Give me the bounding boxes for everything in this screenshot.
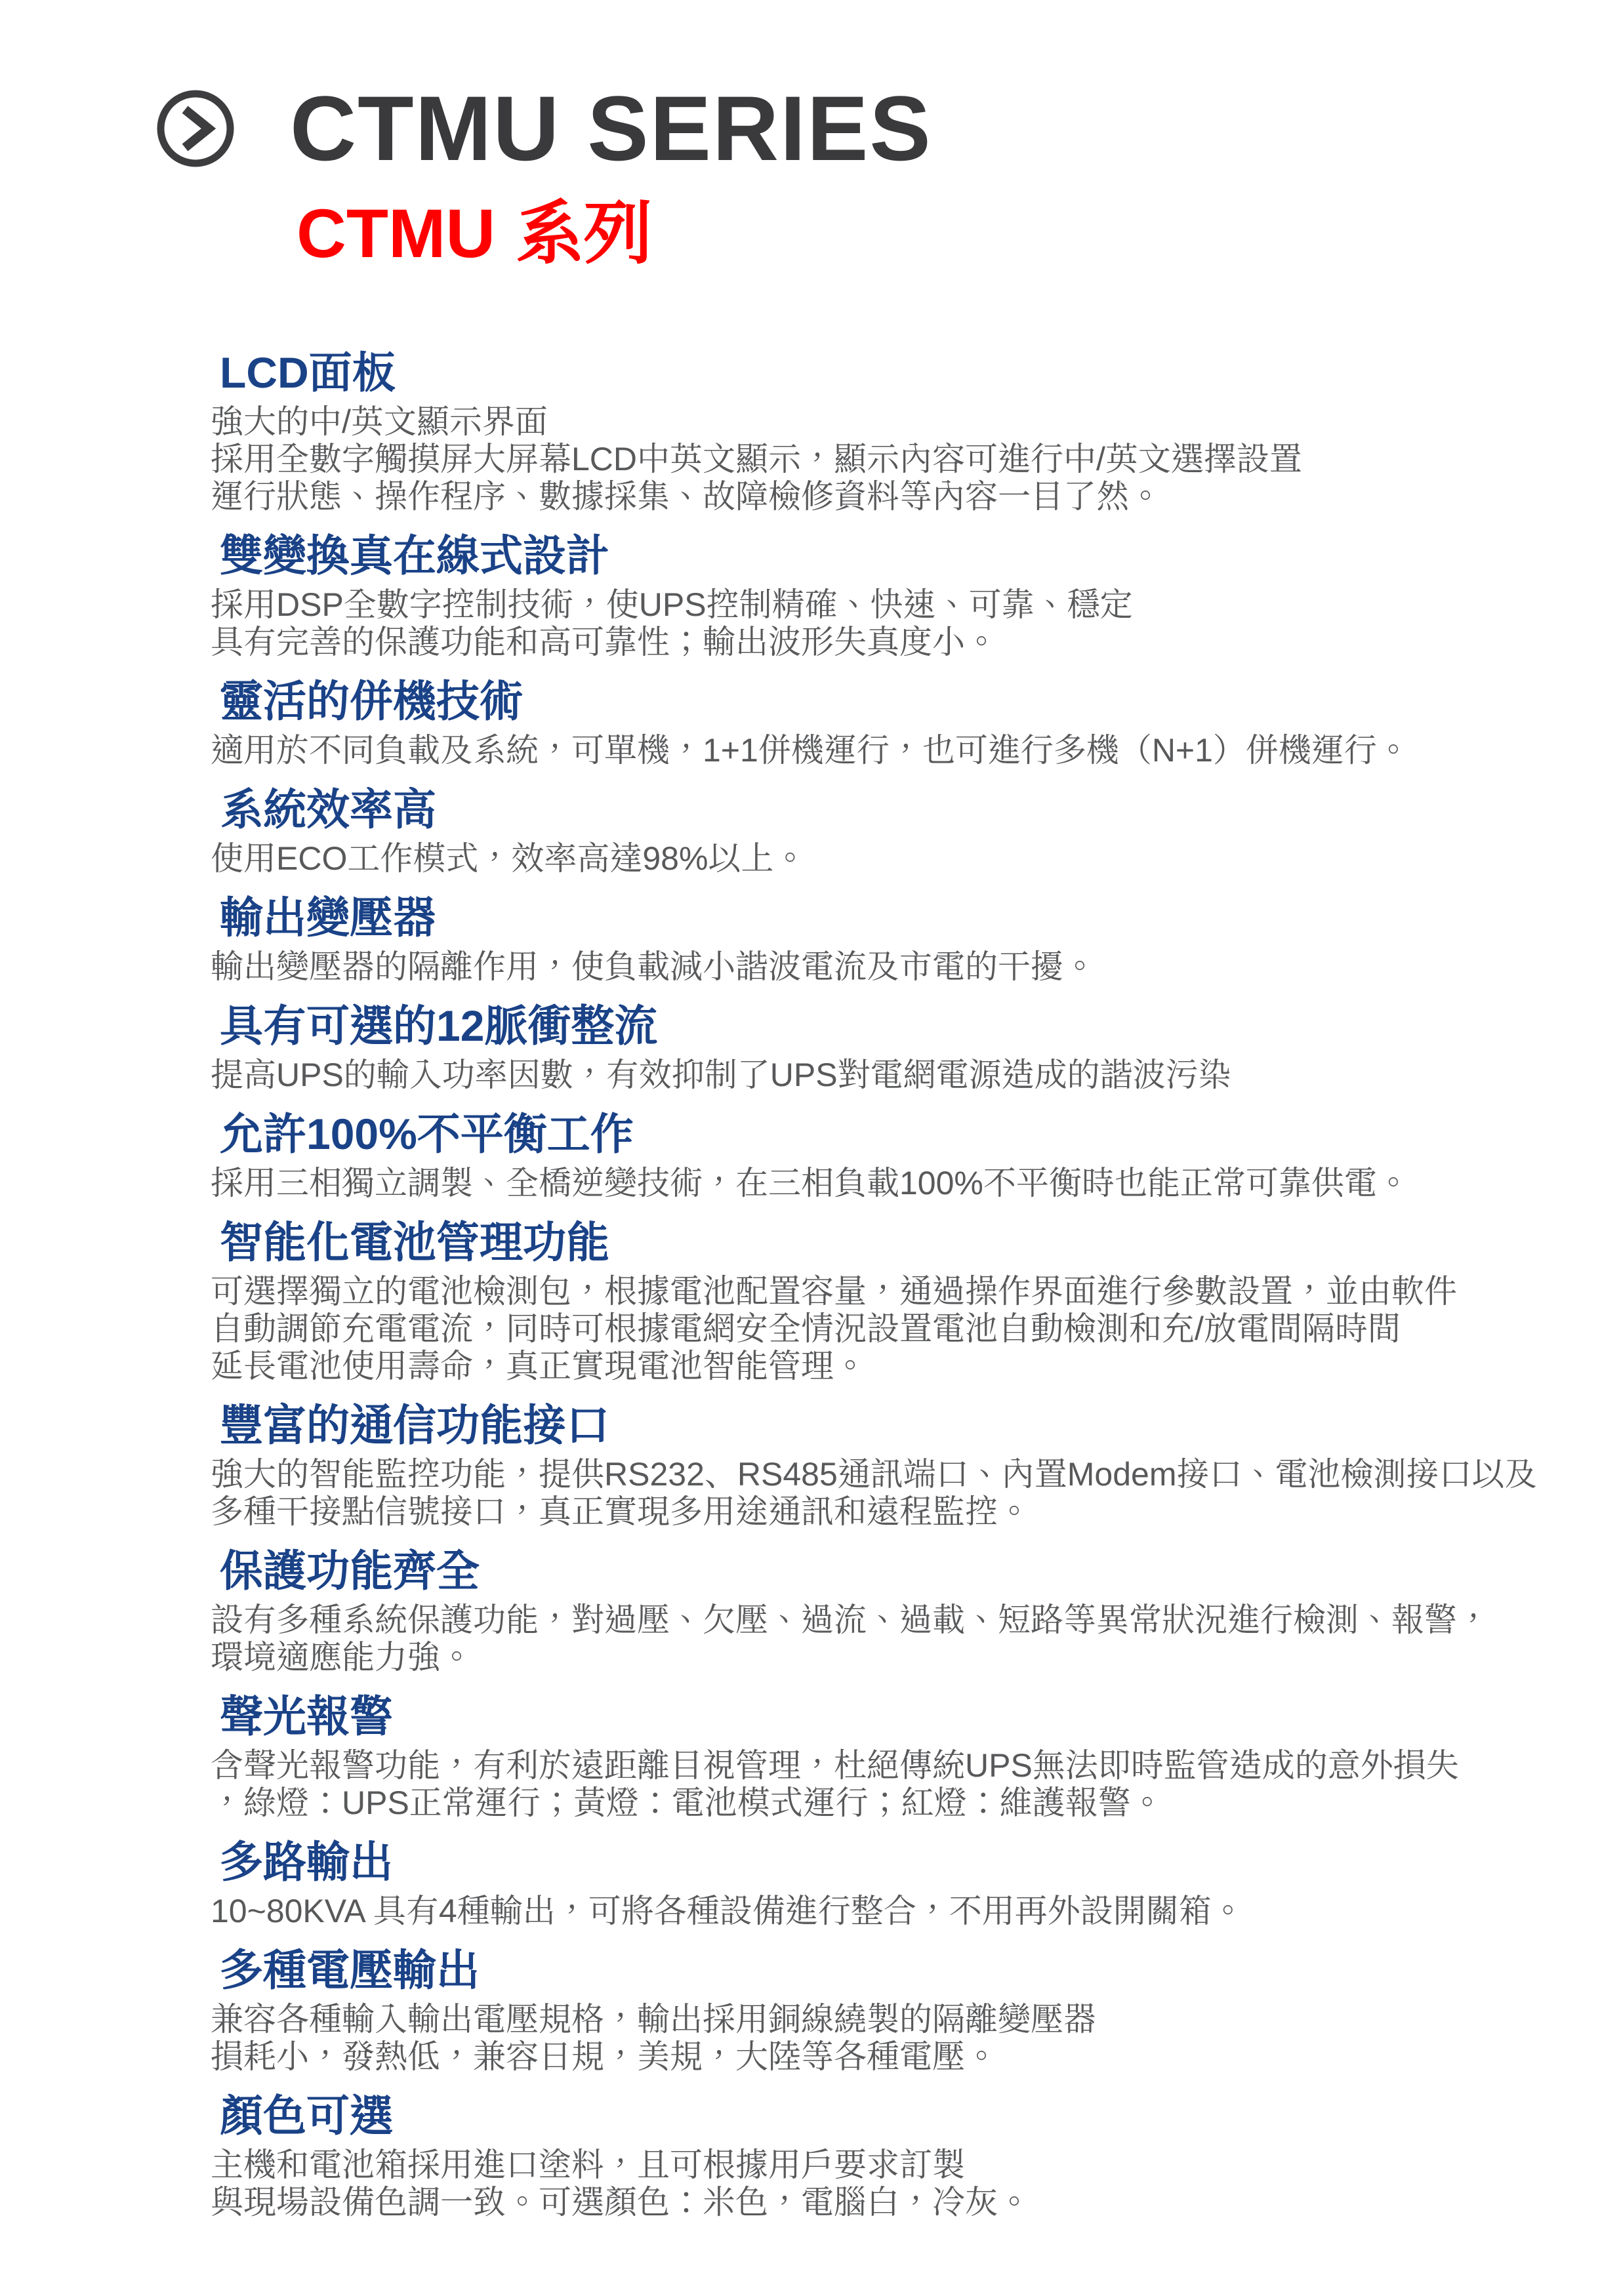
- section-heading: 多路輸出: [220, 1838, 1450, 1886]
- section-body-line: 設有多種系統保護功能，對過壓、欠壓、過流、過載、短路等異常狀況進行檢測、報警，: [211, 1601, 1450, 1639]
- feature-section: 輸出變壓器 輸出變壓器的隔離作用，使負載減小諧波電流及市電的干擾。: [211, 893, 1450, 986]
- section-body-line: 採用DSP全數字控制技術，使UPS控制精確、快速、可靠、穩定: [211, 586, 1450, 624]
- section-body: 適用於不同負載及系統，可單機，1+1併機運行，也可進行多機（N+1）併機運行。: [211, 732, 1450, 769]
- feature-section: 靈活的併機技術 適用於不同負載及系統，可單機，1+1併機運行，也可進行多機（N+…: [211, 677, 1450, 769]
- section-body: 採用DSP全數字控制技術，使UPS控制精確、快速、可靠、穩定具有完善的保護功能和…: [211, 586, 1450, 661]
- section-body-line: 10~80KVA 具有4種輸出，可將各種設備進行整合，不用再外設開關箱。: [211, 1893, 1450, 1930]
- section-body-line: 採用三相獨立調製、全橋逆變技術，在三相負載100%不平衡時也能正常可靠供電。: [211, 1165, 1450, 1202]
- section-body: 採用三相獨立調製、全橋逆變技術，在三相負載100%不平衡時也能正常可靠供電。: [211, 1165, 1450, 1202]
- section-body-line: 損耗小，發熱低，兼容日規，美規，大陸等各種電壓。: [211, 2038, 1450, 2076]
- section-heading: 輸出變壓器: [220, 893, 1450, 942]
- section-body: 主機和電池箱採用進口塗料，且可根據用戶要求訂製與現場設備色調一致。可選顏色：米色…: [211, 2146, 1450, 2221]
- section-body-line: 強大的智能監控功能，提供RS232、RS485通訊端口、內置Modem接口、電池…: [211, 1456, 1450, 1493]
- section-body-line: 主機和電池箱採用進口塗料，且可根據用戶要求訂製: [211, 2146, 1450, 2184]
- section-body: 強大的中/英文顯示界面採用全數字觸摸屏大屏幕LCD中英文顯示，顯示內容可進行中/…: [211, 403, 1450, 515]
- section-body: 提高UPS的輸入功率因數，有效抑制了UPS對電網電源造成的諧波污染: [211, 1057, 1450, 1094]
- section-heading: 具有可選的12脈衝整流: [220, 1001, 1450, 1050]
- feature-section: 具有可選的12脈衝整流 提高UPS的輸入功率因數，有效抑制了UPS對電網電源造成…: [211, 1001, 1450, 1094]
- section-body: 設有多種系統保護功能，對過壓、欠壓、過流、過載、短路等異常狀況進行檢測、報警，環…: [211, 1601, 1450, 1676]
- feature-section: 智能化電池管理功能 可選擇獨立的電池檢測包，根據電池配置容量，通過操作界面進行參…: [211, 1218, 1450, 1385]
- feature-section: 保護功能齊全 設有多種系統保護功能，對過壓、欠壓、過流、過載、短路等異常狀況進行…: [211, 1546, 1450, 1676]
- section-body-line: 適用於不同負載及系統，可單機，1+1併機運行，也可進行多機（N+1）併機運行。: [211, 732, 1450, 769]
- section-body-line: 與現場設備色調一致。可選顏色：米色，電腦白，冷灰。: [211, 2184, 1450, 2221]
- title-row: CTMU SERIES: [156, 83, 1621, 174]
- section-body: 10~80KVA 具有4種輸出，可將各種設備進行整合，不用再外設開關箱。: [211, 1893, 1450, 1930]
- feature-section: 系統效率高 使用ECO工作模式，效率高達98%以上。: [211, 785, 1450, 877]
- section-body-line: 自動調節充電電流，同時可根據電網安全情況設置電池自動檢測和充/放電間隔時間: [211, 1310, 1450, 1348]
- section-body-line: 運行狀態、操作程序、數據採集、故障檢修資料等內容一目了然。: [211, 478, 1450, 515]
- section-body: 輸出變壓器的隔離作用，使負載減小諧波電流及市電的干擾。: [211, 948, 1450, 986]
- feature-section: LCD面板 強大的中/英文顯示界面採用全數字觸摸屏大屏幕LCD中英文顯示，顯示內…: [211, 348, 1450, 515]
- section-body-line: 提高UPS的輸入功率因數，有效抑制了UPS對電網電源造成的諧波污染: [211, 1057, 1450, 1094]
- section-body-line: 含聲光報警功能，有利於遠距離目視管理，杜絕傳統UPS無法即時監管造成的意外損失: [211, 1747, 1450, 1784]
- section-body-line: 兼容各種輸入輸出電壓規格，輸出採用銅線繞製的隔離變壓器: [211, 2001, 1450, 2038]
- feature-section: 多路輸出 10~80KVA 具有4種輸出，可將各種設備進行整合，不用再外設開關箱…: [211, 1838, 1450, 1930]
- feature-sections: LCD面板 強大的中/英文顯示界面採用全數字觸摸屏大屏幕LCD中英文顯示，顯示內…: [0, 348, 1621, 2221]
- section-heading: 系統效率高: [220, 785, 1450, 834]
- section-body-line: 延長電池使用壽命，真正實現電池智能管理。: [211, 1348, 1450, 1385]
- series-subtitle-zh: CTMU 系列: [297, 199, 1621, 268]
- section-body: 使用ECO工作模式，效率高達98%以上。: [211, 840, 1450, 877]
- section-heading: 保護功能齊全: [220, 1546, 1450, 1595]
- section-body: 可選擇獨立的電池檢測包，根據電池配置容量，通過操作界面進行參數設置，並由軟件自動…: [211, 1273, 1450, 1385]
- section-heading: LCD面板: [220, 348, 1450, 397]
- section-body-line: 具有完善的保護功能和高可靠性；輸出波形失真度小。: [211, 624, 1450, 661]
- document-header: CTMU SERIES CTMU 系列: [0, 0, 1621, 268]
- section-body-line: 強大的中/英文顯示界面: [211, 403, 1450, 441]
- feature-section: 允許100%不平衡工作 採用三相獨立調製、全橋逆變技術，在三相負載100%不平衡…: [211, 1110, 1450, 1202]
- feature-section: 多種電壓輸出 兼容各種輸入輸出電壓規格，輸出採用銅線繞製的隔離變壓器損耗小，發熱…: [211, 1946, 1450, 2076]
- section-heading: 智能化電池管理功能: [220, 1218, 1450, 1266]
- feature-section: 顏色可選 主機和電池箱採用進口塗料，且可根據用戶要求訂製與現場設備色調一致。可選…: [211, 2091, 1450, 2221]
- section-body-line: 多種干接點信號接口，真正實現多用途通訊和遠程監控。: [211, 1493, 1450, 1531]
- document-page: CTMU SERIES CTMU 系列 LCD面板 強大的中/英文顯示界面採用全…: [0, 0, 1621, 2296]
- section-heading: 靈活的併機技術: [220, 677, 1450, 725]
- section-body-line: ，綠燈：UPS正常運行；黃燈：電池模式運行；紅燈：維護報警。: [211, 1784, 1450, 1822]
- section-body-line: 可選擇獨立的電池檢測包，根據電池配置容量，通過操作界面進行參數設置，並由軟件: [211, 1273, 1450, 1310]
- section-body-line: 輸出變壓器的隔離作用，使負載減小諧波電流及市電的干擾。: [211, 948, 1450, 986]
- section-heading: 豐富的通信功能接口: [220, 1401, 1450, 1449]
- section-heading: 雙變換真在線式設計: [220, 531, 1450, 580]
- series-title: CTMU SERIES: [290, 83, 932, 174]
- section-body: 含聲光報警功能，有利於遠距離目視管理，杜絕傳統UPS無法即時監管造成的意外損失，…: [211, 1747, 1450, 1822]
- feature-section: 聲光報警 含聲光報警功能，有利於遠距離目視管理，杜絕傳統UPS無法即時監管造成的…: [211, 1692, 1450, 1822]
- section-body: 強大的智能監控功能，提供RS232、RS485通訊端口、內置Modem接口、電池…: [211, 1456, 1450, 1531]
- section-heading: 聲光報警: [220, 1692, 1450, 1741]
- section-heading: 允許100%不平衡工作: [220, 1110, 1450, 1158]
- feature-section: 豐富的通信功能接口 強大的智能監控功能，提供RS232、RS485通訊端口、內置…: [211, 1401, 1450, 1531]
- chevron-right-circle-icon: [156, 89, 235, 168]
- section-heading: 多種電壓輸出: [220, 1946, 1450, 1994]
- section-body-line: 環境適應能力強。: [211, 1639, 1450, 1676]
- section-body: 兼容各種輸入輸出電壓規格，輸出採用銅線繞製的隔離變壓器損耗小，發熱低，兼容日規，…: [211, 2001, 1450, 2076]
- section-body-line: 採用全數字觸摸屏大屏幕LCD中英文顯示，顯示內容可進行中/英文選擇設置: [211, 441, 1450, 478]
- section-heading: 顏色可選: [220, 2091, 1450, 2140]
- section-body-line: 使用ECO工作模式，效率高達98%以上。: [211, 840, 1450, 877]
- feature-section: 雙變換真在線式設計 採用DSP全數字控制技術，使UPS控制精確、快速、可靠、穩定…: [211, 531, 1450, 661]
